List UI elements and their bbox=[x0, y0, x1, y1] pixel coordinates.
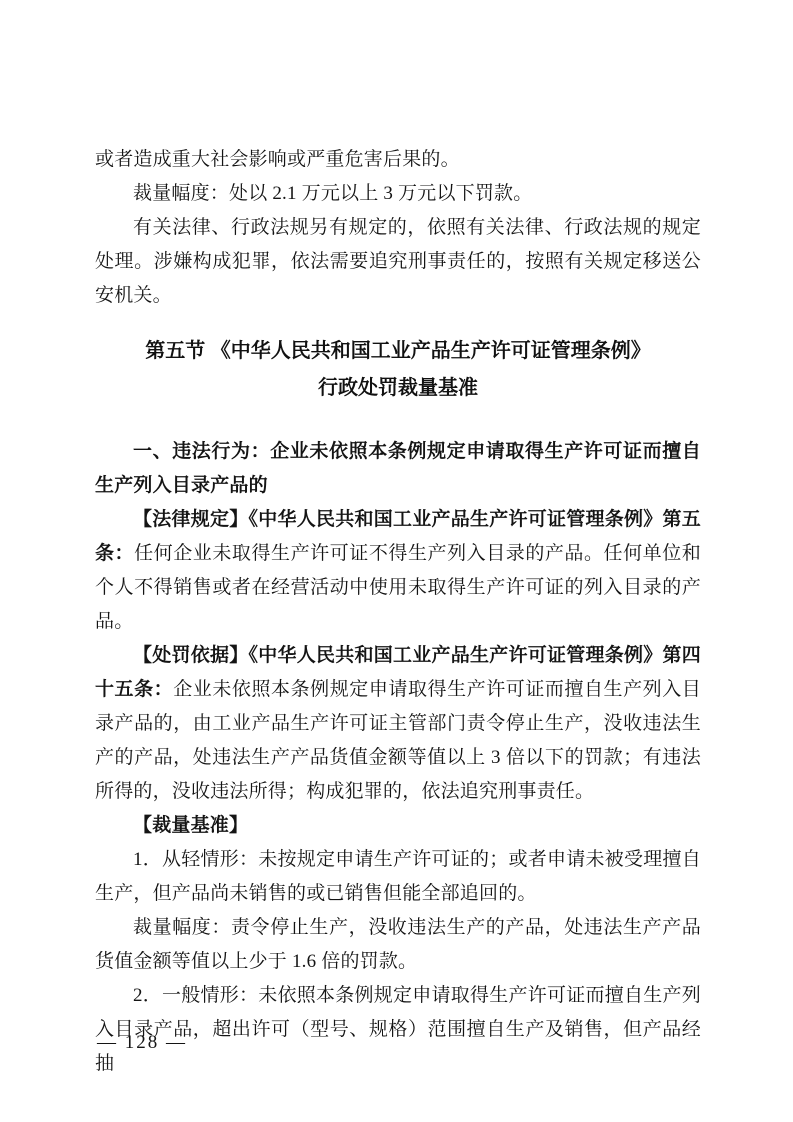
paragraph-penalty-range: 裁量幅度：处以 2.1 万元以上 3 万元以下罚款。 bbox=[95, 177, 701, 211]
legal-basis-paragraph: 【法律规定】《中华人民共和国工业产品生产许可证管理条例》第五条：任何企业未取得生… bbox=[95, 503, 701, 639]
legal-basis-text: 任何企业未取得生产许可证不得生产列入目录的产品。任何单位和个人不得销售或者在经营… bbox=[95, 543, 701, 632]
section-heading-line2: 行政处罚裁量基准 bbox=[95, 370, 701, 407]
light-case-paragraph: 1．从轻情形：未按规定申请生产许可证的；或者申请未被受理擅自生产，但产品尚未销售… bbox=[95, 843, 701, 911]
paragraph-other-laws: 有关法律、行政法规另有规定的，依照有关法律、行政法规的规定处理。涉嫌构成犯罪，依… bbox=[95, 211, 701, 313]
penalty-basis-paragraph: 【处罚依据】《中华人民共和国工业产品生产许可证管理条例》第四十五条：企业未依照本… bbox=[95, 639, 701, 809]
section-heading: 第五节 《中华人民共和国工业产品生产许可证管理条例》 行政处罚裁量基准 bbox=[95, 333, 701, 407]
paragraph-continuation: 或者造成重大社会影响或严重危害后果的。 bbox=[95, 143, 701, 177]
light-case-range-paragraph: 裁量幅度：责令停止生产，没收违法生产的产品，处违法生产产品货值金额等值以上少于 … bbox=[95, 911, 701, 979]
violation-item-heading: 一、违法行为：企业未依照本条例规定申请取得生产许可证而擅自生产列入目录产品的 bbox=[95, 435, 701, 503]
document-body: 或者造成重大社会影响或严重危害后果的。 裁量幅度：处以 2.1 万元以上 3 万… bbox=[95, 143, 701, 1081]
page-number: — 128 — bbox=[97, 1030, 187, 1056]
document-page: 或者造成重大社会影响或严重危害后果的。 裁量幅度：处以 2.1 万元以上 3 万… bbox=[0, 0, 793, 1122]
section-heading-line1: 第五节 《中华人民共和国工业产品生产许可证管理条例》 bbox=[95, 333, 701, 370]
penalty-basis-text: 企业未依照本条例规定申请取得生产许可证而擅自生产列入目录产品的，由工业产品生产许… bbox=[95, 679, 701, 802]
discretion-standard-label: 【裁量基准】 bbox=[95, 809, 701, 843]
